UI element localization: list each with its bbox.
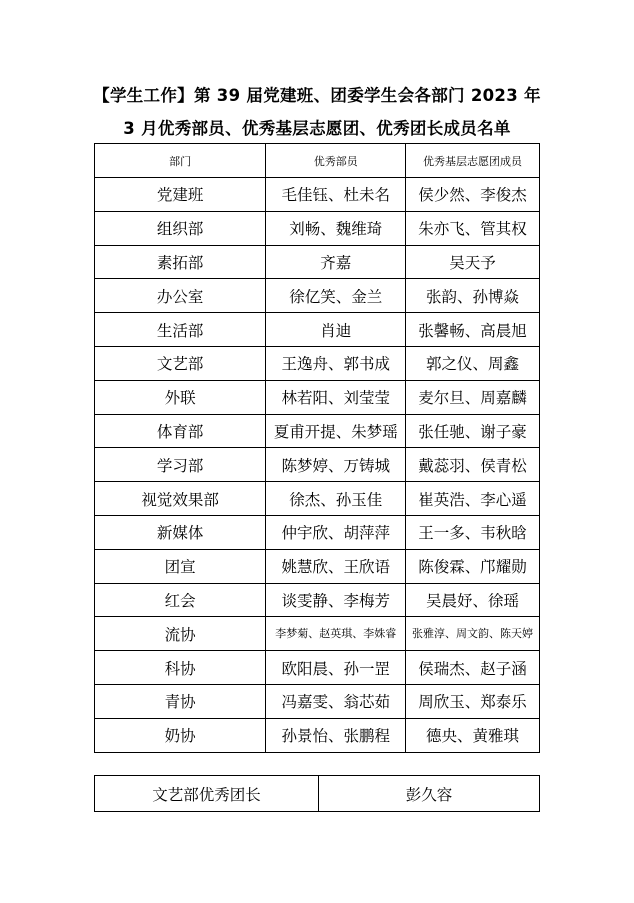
outstanding-members-cell: 冯嘉雯、翁芯茹 <box>266 684 406 718</box>
department-cell: 文艺部 <box>95 346 266 380</box>
department-cell: 素拓部 <box>95 245 266 279</box>
department-cell: 红会 <box>95 583 266 617</box>
volunteer-members-cell: 王一多、韦秋晗 <box>406 515 540 549</box>
table-row: 奶协孙景怡、张鹏程德央、黄雅琪 <box>95 718 540 752</box>
table-header-row: 部门 优秀部员 优秀基层志愿团成员 <box>95 144 540 178</box>
department-cell: 办公室 <box>95 279 266 313</box>
outstanding-members-cell: 陈梦婷、万铸城 <box>266 448 406 482</box>
department-cell: 体育部 <box>95 414 266 448</box>
leader-label: 文艺部优秀团长 <box>95 776 319 812</box>
outstanding-members-cell: 肖迪 <box>266 313 406 347</box>
table-row: 生活部肖迪张馨畅、高晨旭 <box>95 313 540 347</box>
outstanding-members-cell: 毛佳钰、杜未名 <box>266 178 406 212</box>
table-row: 组织部刘畅、魏维琦朱亦飞、管其权 <box>95 211 540 245</box>
department-cell: 组织部 <box>95 211 266 245</box>
outstanding-members-cell: 孙景怡、张鹏程 <box>266 718 406 752</box>
volunteer-members-cell: 张韵、孙博焱 <box>406 279 540 313</box>
outstanding-members-cell: 徐杰、孙玉佳 <box>266 482 406 516</box>
department-cell: 生活部 <box>95 313 266 347</box>
volunteer-members-cell: 崔英浩、李心遥 <box>406 482 540 516</box>
leader-row: 文艺部优秀团长 彭久容 <box>95 776 540 812</box>
department-cell: 青协 <box>95 684 266 718</box>
table-row: 流协李梦菊、赵英琪、李姝睿张雅淳、周文韵、陈天婷 <box>95 617 540 651</box>
outstanding-members-cell: 李梦菊、赵英琪、李姝睿 <box>266 617 406 651</box>
table-row: 学习部陈梦婷、万铸城戴蕊羽、侯青松 <box>95 448 540 482</box>
outstanding-members-cell: 欧阳晨、孙一罡 <box>266 651 406 685</box>
department-cell: 外联 <box>95 380 266 414</box>
outstanding-members-cell: 夏甫开提、朱梦瑶 <box>266 414 406 448</box>
volunteer-members-cell: 吴晨妤、徐瑶 <box>406 583 540 617</box>
outstanding-members-cell: 齐嘉 <box>266 245 406 279</box>
header-department: 部门 <box>95 144 266 178</box>
outstanding-members-cell: 仲宇欣、胡萍萍 <box>266 515 406 549</box>
department-cell: 流协 <box>95 617 266 651</box>
outstanding-members-cell: 姚慧欣、王欣语 <box>266 549 406 583</box>
department-cell: 奶协 <box>95 718 266 752</box>
department-cell: 党建班 <box>95 178 266 212</box>
table-row: 红会谈雯静、李梅芳吴晨妤、徐瑶 <box>95 583 540 617</box>
table-row: 青协冯嘉雯、翁芯茹周欣玉、郑泰乐 <box>95 684 540 718</box>
table-row: 体育部夏甫开提、朱梦瑶张任驰、谢子豪 <box>95 414 540 448</box>
table-row: 团宣姚慧欣、王欣语陈俊霖、邝耀勋 <box>95 549 540 583</box>
table-row: 素拓部齐嘉吴天予 <box>95 245 540 279</box>
department-cell: 新媒体 <box>95 515 266 549</box>
department-cell: 科协 <box>95 651 266 685</box>
table-row: 外联林若阳、刘莹莹麦尔旦、周嘉麟 <box>95 380 540 414</box>
volunteer-members-cell: 麦尔旦、周嘉麟 <box>406 380 540 414</box>
table-row: 办公室徐亿笑、金兰张韵、孙博焱 <box>95 279 540 313</box>
table-row: 新媒体仲宇欣、胡萍萍王一多、韦秋晗 <box>95 515 540 549</box>
volunteer-members-cell: 朱亦飞、管其权 <box>406 211 540 245</box>
outstanding-members-cell: 谈雯静、李梅芳 <box>266 583 406 617</box>
table-row: 党建班毛佳钰、杜未名侯少然、李俊杰 <box>95 178 540 212</box>
outstanding-members-cell: 徐亿笑、金兰 <box>266 279 406 313</box>
outstanding-leader-table: 文艺部优秀团长 彭久容 <box>94 775 540 812</box>
volunteer-members-cell: 张任驰、谢子豪 <box>406 414 540 448</box>
document-title-line-2: 3 月优秀部员、优秀基层志愿团、优秀团长成员名单 <box>0 115 634 139</box>
volunteer-members-cell: 侯瑞杰、赵子涵 <box>406 651 540 685</box>
table-row: 科协欧阳晨、孙一罡侯瑞杰、赵子涵 <box>95 651 540 685</box>
outstanding-members-cell: 刘畅、魏维琦 <box>266 211 406 245</box>
volunteer-members-cell: 陈俊霖、邝耀勋 <box>406 549 540 583</box>
volunteer-members-cell: 吴天予 <box>406 245 540 279</box>
volunteer-members-cell: 张雅淳、周文韵、陈天婷 <box>406 617 540 651</box>
outstanding-members-cell: 王逸舟、郭书成 <box>266 346 406 380</box>
leader-name: 彭久容 <box>319 776 540 812</box>
table-row: 文艺部王逸舟、郭书成郭之仪、周鑫 <box>95 346 540 380</box>
honor-roll-table: 部门 优秀部员 优秀基层志愿团成员 党建班毛佳钰、杜未名侯少然、李俊杰组织部刘畅… <box>94 143 540 753</box>
header-volunteer-members: 优秀基层志愿团成员 <box>406 144 540 178</box>
volunteer-members-cell: 侯少然、李俊杰 <box>406 178 540 212</box>
department-cell: 学习部 <box>95 448 266 482</box>
volunteer-members-cell: 周欣玉、郑泰乐 <box>406 684 540 718</box>
department-cell: 团宣 <box>95 549 266 583</box>
header-outstanding-members: 优秀部员 <box>266 144 406 178</box>
volunteer-members-cell: 张馨畅、高晨旭 <box>406 313 540 347</box>
outstanding-members-cell: 林若阳、刘莹莹 <box>266 380 406 414</box>
document-title-line-1: 【学生工作】第 39 届党建班、团委学生会各部门 2023 年 <box>0 82 634 106</box>
department-cell: 视觉效果部 <box>95 482 266 516</box>
volunteer-members-cell: 德央、黄雅琪 <box>406 718 540 752</box>
table-row: 视觉效果部徐杰、孙玉佳崔英浩、李心遥 <box>95 482 540 516</box>
volunteer-members-cell: 郭之仪、周鑫 <box>406 346 540 380</box>
volunteer-members-cell: 戴蕊羽、侯青松 <box>406 448 540 482</box>
